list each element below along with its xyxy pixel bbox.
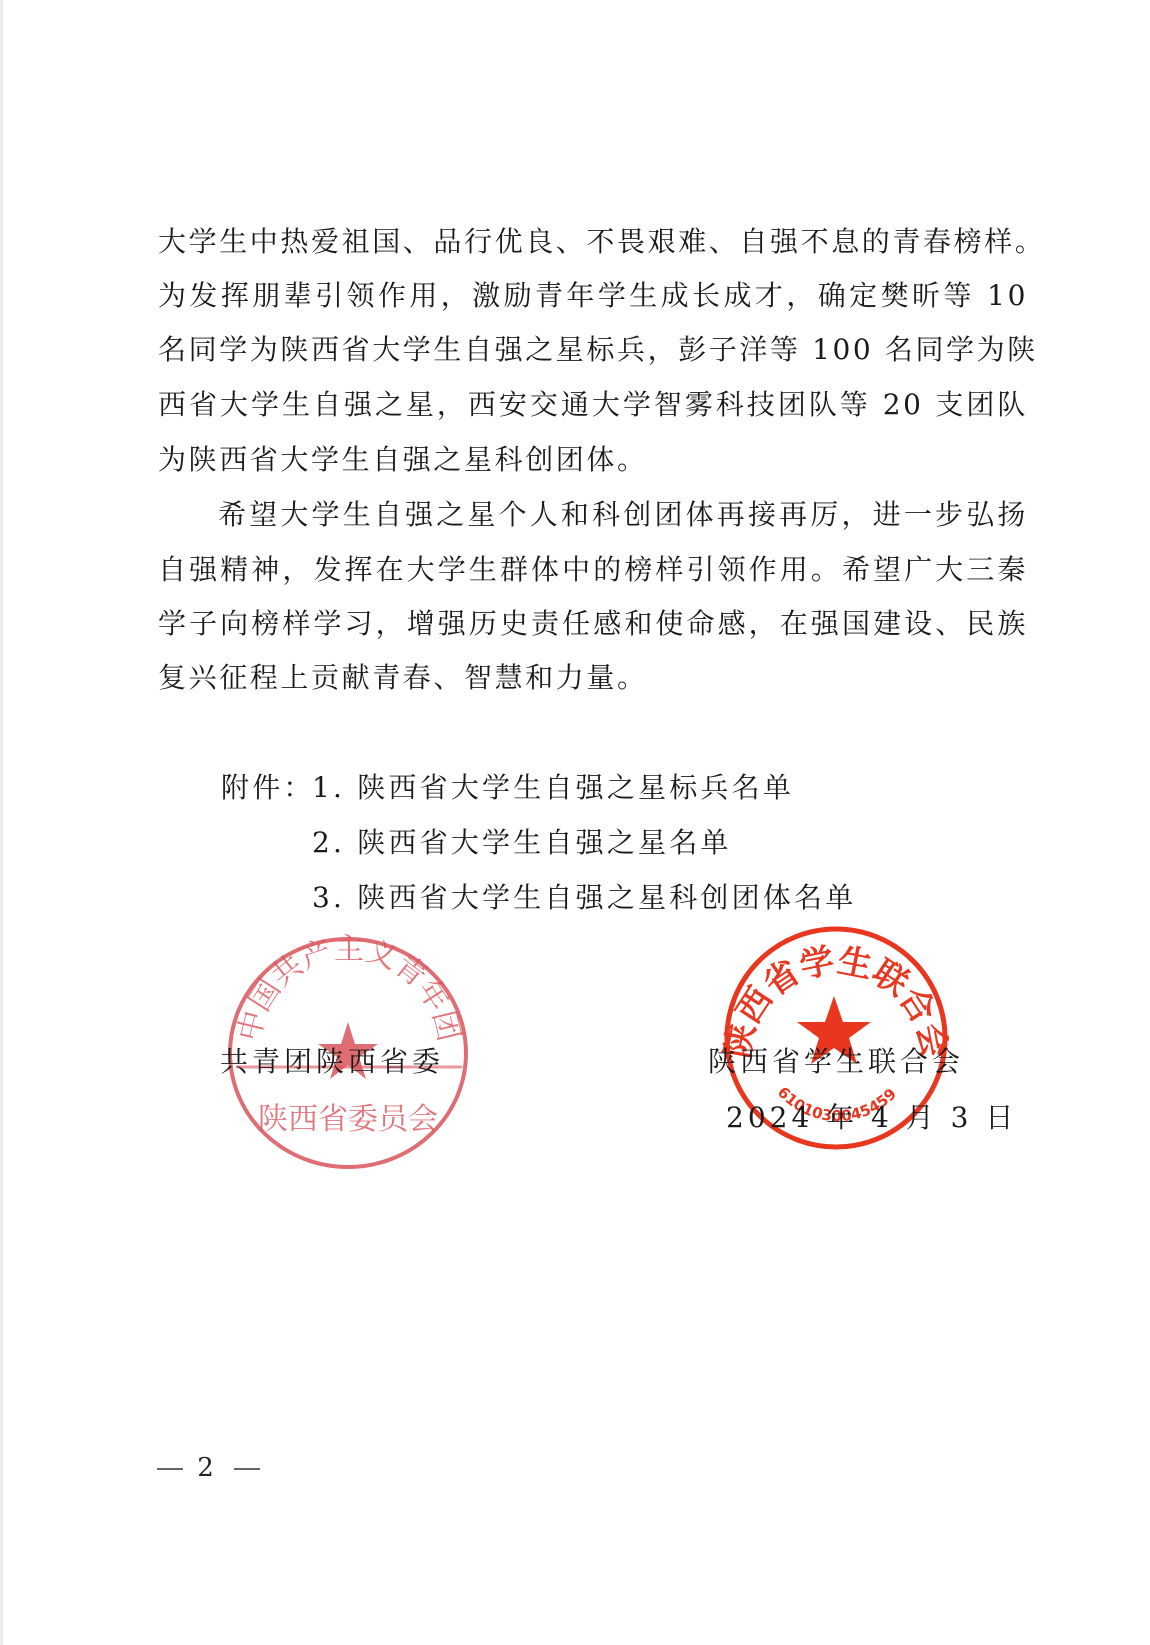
attachment-item: 3. 陕西省大学生自强之星科创团体名单 <box>312 878 856 918</box>
signature-date: 2024 年 4 月 3 日 <box>726 1100 1017 1136</box>
paragraph-line: 学子向榜样学习，增强历史责任感和使命感，在强国建设、民族 <box>158 604 1028 644</box>
paragraph-line: 西省大学生自强之星，西安交通大学智雾科技团队等 20 支团队 <box>158 385 1028 425</box>
dash-right <box>234 1468 260 1470</box>
right-signature-org: 陕西省学生联合会 <box>708 1044 964 1080</box>
dash-left <box>157 1468 183 1470</box>
paragraph-line: 复兴征程上贡献青春、智慧和力量。 <box>158 658 648 698</box>
attachment-item: 2. 陕西省大学生自强之星名单 <box>312 823 732 863</box>
paragraph-line: 为陕西省大学生自强之星科创团体。 <box>158 440 648 480</box>
paragraph-line: 自强精神，发挥在大学生群体中的榜样引领作用。希望广大三秦 <box>158 550 1028 590</box>
svg-text:陕西省委员会: 陕西省委员会 <box>258 1102 438 1137</box>
left-signature-org: 共青团陕西省委 <box>220 1044 444 1080</box>
page-number: 2 <box>157 1452 260 1484</box>
attachments-label: 附件： <box>221 768 315 808</box>
attachment-item: 1. 陕西省大学生自强之星标兵名单 <box>312 768 794 808</box>
paragraph-line: 大学生中热爱祖国、品行优良、不畏艰难、自强不息的青春榜样。 <box>158 222 1028 262</box>
page-edge <box>0 0 3 1645</box>
page-number-value: 2 <box>197 1453 220 1483</box>
paragraph-line: 为发挥朋辈引领作用，激励青年学生成长成才，确定樊昕等 10 <box>158 276 1028 316</box>
paragraph-line: 名同学为陕西省大学生自强之星标兵，彭子洋等 100 名同学为陕 <box>158 330 1028 370</box>
paragraph-line: 希望大学生自强之星个人和科创团体再接再厉，进一步弘扬 <box>218 495 1028 535</box>
